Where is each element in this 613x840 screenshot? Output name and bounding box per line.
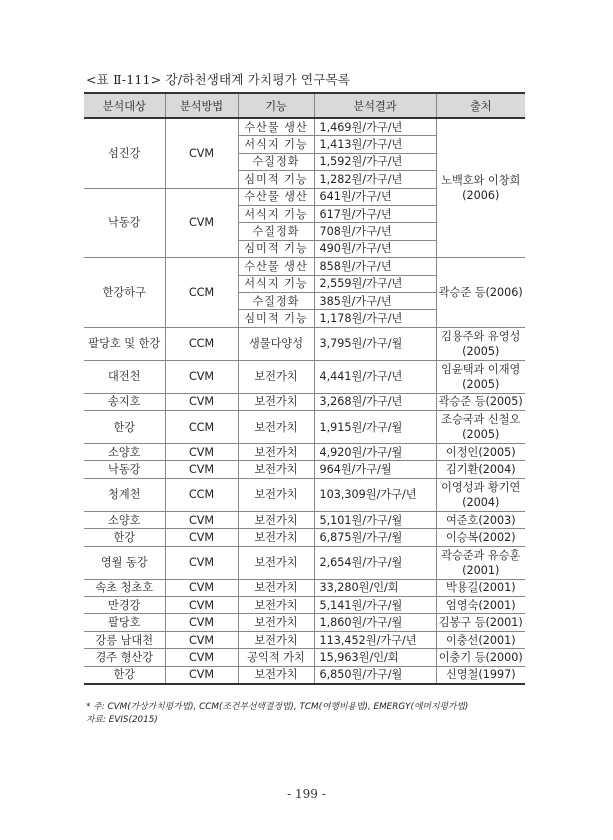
cell-result: 1,592원/가구/년	[314, 153, 436, 170]
table-row: 청계천CCM보전가치103,309원/가구/년이영성과 황기연(2004)	[84, 478, 525, 511]
cell-source: 곽승준 등(2006)	[436, 258, 525, 328]
cell-target: 소양호	[84, 511, 165, 528]
research-list-table: 분석대상 분석방법 기능 분석결과 출처 섬진강 CVM 수산물 생산 1,46…	[84, 92, 525, 685]
cell-source: 이승복(2002)	[436, 529, 525, 546]
cell-function: 보전가치	[238, 614, 314, 631]
cell-method: CVM	[165, 188, 238, 258]
header-target: 분석대상	[84, 93, 165, 118]
table-row: 한강CVM보전가치6,875원/가구/월이승복(2002)	[84, 529, 525, 546]
cell-method: CVM	[165, 614, 238, 631]
cell-method: CVM	[165, 360, 238, 393]
cell-target: 강릉 남대천	[84, 631, 165, 648]
cell-source: 엄영숙(2001)	[436, 597, 525, 614]
cell-function: 심미적 기능	[238, 171, 314, 188]
page-number: - 199 -	[0, 787, 613, 801]
cell-method: CVM	[165, 631, 238, 648]
single-rows: 팔당호 및 한강CCM생물다양성3,795원/가구/월김용주와 유영성(2005…	[84, 327, 525, 684]
cell-target: 한강하구	[84, 258, 165, 328]
cell-function: 보전가치	[238, 631, 314, 648]
cell-method: CVM	[165, 393, 238, 410]
table-row: 낙동강CVM보전가치964원/가구/월김기환(2004)	[84, 461, 525, 478]
cell-source: 신영철(1997)	[436, 666, 525, 684]
cell-result: 1,860원/가구/월	[314, 614, 436, 631]
cell-result: 3,795원/가구/월	[314, 327, 436, 360]
cell-result: 6,850원/가구/월	[314, 666, 436, 684]
table-row: 만경강CVM보전가치5,141원/가구/월엄영숙(2001)	[84, 597, 525, 614]
cell-function: 보전가치	[238, 360, 314, 393]
cell-result: 617원/가구/년	[314, 205, 436, 222]
cell-function: 수산물 생산	[238, 258, 314, 275]
cell-method: CVM	[165, 511, 238, 528]
table-row: 팔당호 및 한강CCM생물다양성3,795원/가구/월김용주와 유영성(2005…	[84, 327, 525, 360]
table-row: 한강하구 CCM 수산물 생산 858원/가구/년 곽승준 등(2006)	[84, 258, 525, 275]
cell-source: 조승국과 신철오(2005)	[436, 411, 525, 444]
table-row: 경주 형산강CVM공익적 가치15,963원/인/회이충기 등(2000)	[84, 649, 525, 666]
cell-result: 964원/가구/월	[314, 461, 436, 478]
cell-method: CVM	[165, 118, 238, 188]
table-row: 소양호CVM보전가치4,920원/가구/월이정인(2005)	[84, 444, 525, 461]
cell-function: 수질정화	[238, 223, 314, 240]
cell-function: 보전가치	[238, 579, 314, 596]
cell-target: 낙동강	[84, 461, 165, 478]
cell-target: 청계천	[84, 478, 165, 511]
cell-function: 보전가치	[238, 478, 314, 511]
cell-method: CVM	[165, 529, 238, 546]
cell-target: 한강	[84, 666, 165, 684]
cell-function: 수질정화	[238, 153, 314, 170]
cell-function: 서식지 기능	[238, 205, 314, 222]
cell-source: 김봉구 등(2001)	[436, 614, 525, 631]
cell-source: 이정인(2005)	[436, 444, 525, 461]
data-source-note: 자료: EVIS(2015)	[86, 714, 468, 727]
cell-result: 113,452원/가구/년	[314, 631, 436, 648]
table-row: 대전천CVM보전가치4,441원/가구/년임윤택과 이재영(2005)	[84, 360, 525, 393]
cell-target: 팔당호 및 한강	[84, 327, 165, 360]
header-method: 분석방법	[165, 93, 238, 118]
cell-function: 보전가치	[238, 546, 314, 579]
table-row: 속초 청초호CVM보전가치33,280원/인/회박용길(2001)	[84, 579, 525, 596]
cell-source: 곽승준과 유승훈(2001)	[436, 546, 525, 579]
cell-method: CVM	[165, 666, 238, 684]
cell-method: CCM	[165, 258, 238, 328]
cell-function: 보전가치	[238, 666, 314, 684]
cell-result: 5,141원/가구/월	[314, 597, 436, 614]
table-row: 한강CCM보전가치1,915원/가구/월조승국과 신철오(2005)	[84, 411, 525, 444]
cell-target: 팔당호	[84, 614, 165, 631]
cell-result: 1,413원/가구/년	[314, 136, 436, 153]
abbreviation-note: * 주: CVM(가상가치평가법), CCM(조건부선택결정법), TCM(여행…	[86, 701, 468, 714]
cell-source: 이충선(2001)	[436, 631, 525, 648]
cell-result: 1,178원/가구/년	[314, 310, 436, 327]
cell-result: 641원/가구/년	[314, 188, 436, 205]
table-row: 섬진강 CVM 수산물 생산 1,469원/가구/년 노백호와 이창희(2006…	[84, 118, 525, 136]
cell-result: 385원/가구/년	[314, 292, 436, 309]
cell-function: 수산물 생산	[238, 188, 314, 205]
header-result: 분석결과	[314, 93, 436, 118]
cell-function: 수질정화	[238, 292, 314, 309]
cell-function: 보전가치	[238, 411, 314, 444]
cell-method: CCM	[165, 478, 238, 511]
table-row: 영월 동강CVM보전가치2,654원/가구/월곽승준과 유승훈(2001)	[84, 546, 525, 579]
cell-target: 속초 청초호	[84, 579, 165, 596]
cell-function: 수산물 생산	[238, 118, 314, 136]
table-row: 강릉 남대천CVM보전가치113,452원/가구/년이충선(2001)	[84, 631, 525, 648]
cell-source: 김용주와 유영성(2005)	[436, 327, 525, 360]
cell-function: 보전가치	[238, 529, 314, 546]
cell-method: CVM	[165, 649, 238, 666]
cell-result: 490원/가구/년	[314, 240, 436, 257]
table-row: 한강CVM보전가치6,850원/가구/월신영철(1997)	[84, 666, 525, 684]
cell-result: 858원/가구/년	[314, 258, 436, 275]
cell-method: CVM	[165, 546, 238, 579]
cell-method: CVM	[165, 444, 238, 461]
cell-source: 이충기 등(2000)	[436, 649, 525, 666]
cell-result: 15,963원/인/회	[314, 649, 436, 666]
cell-source: 곽승준 등(2005)	[436, 393, 525, 410]
cell-result: 3,268원/가구/년	[314, 393, 436, 410]
cell-result: 33,280원/인/회	[314, 579, 436, 596]
cell-target: 영월 동강	[84, 546, 165, 579]
cell-result: 2,654원/가구/월	[314, 546, 436, 579]
table-caption: <표 Ⅱ-111> 강/하천생태계 가치평가 연구목록	[86, 70, 350, 88]
cell-result: 6,875원/가구/월	[314, 529, 436, 546]
table-row: 송지호CVM보전가치3,268원/가구/년곽승준 등(2005)	[84, 393, 525, 410]
cell-target: 한강	[84, 529, 165, 546]
cell-source: 이영성과 황기연(2004)	[436, 478, 525, 511]
cell-source: 여준호(2003)	[436, 511, 525, 528]
cell-method: CVM	[165, 461, 238, 478]
cell-target: 소양호	[84, 444, 165, 461]
cell-function: 보전가치	[238, 597, 314, 614]
header-function: 기능	[238, 93, 314, 118]
cell-result: 4,920원/가구/월	[314, 444, 436, 461]
cell-result: 708원/가구/년	[314, 223, 436, 240]
cell-function: 생물다양성	[238, 327, 314, 360]
cell-function: 심미적 기능	[238, 240, 314, 257]
cell-result: 2,559원/가구/년	[314, 275, 436, 292]
cell-result: 1,282원/가구/년	[314, 171, 436, 188]
cell-result: 4,441원/가구/년	[314, 360, 436, 393]
cell-function: 보전가치	[238, 511, 314, 528]
cell-function: 서식지 기능	[238, 136, 314, 153]
cell-function: 공익적 가치	[238, 649, 314, 666]
cell-method: CCM	[165, 327, 238, 360]
cell-source: 임윤택과 이재영(2005)	[436, 360, 525, 393]
cell-function: 보전가치	[238, 461, 314, 478]
cell-source: 김기환(2004)	[436, 461, 525, 478]
cell-target: 대전천	[84, 360, 165, 393]
cell-result: 1,469원/가구/년	[314, 118, 436, 136]
cell-result: 103,309원/가구/년	[314, 478, 436, 511]
cell-target: 낙동강	[84, 188, 165, 258]
cell-function: 심미적 기능	[238, 310, 314, 327]
header-source: 출처	[436, 93, 525, 118]
cell-method: CCM	[165, 411, 238, 444]
cell-source: 노백호와 이창희(2006)	[436, 118, 525, 258]
cell-target: 한강	[84, 411, 165, 444]
cell-method: CVM	[165, 597, 238, 614]
cell-function: 보전가치	[238, 444, 314, 461]
cell-method: CVM	[165, 579, 238, 596]
cell-result: 1,915원/가구/월	[314, 411, 436, 444]
cell-source: 박용길(2001)	[436, 579, 525, 596]
cell-function: 보전가치	[238, 393, 314, 410]
cell-function: 서식지 기능	[238, 275, 314, 292]
cell-target: 경주 형산강	[84, 649, 165, 666]
cell-target: 만경강	[84, 597, 165, 614]
cell-target: 송지호	[84, 393, 165, 410]
table-row: 팔당호CVM보전가치1,860원/가구/월김봉구 등(2001)	[84, 614, 525, 631]
table-notes: * 주: CVM(가상가치평가법), CCM(조건부선택결정법), TCM(여행…	[86, 701, 468, 727]
cell-result: 5,101원/가구/월	[314, 511, 436, 528]
cell-target: 섬진강	[84, 118, 165, 188]
table-header-row: 분석대상 분석방법 기능 분석결과 출처	[84, 93, 525, 118]
table-row: 소양호CVM보전가치5,101원/가구/월여준호(2003)	[84, 511, 525, 528]
